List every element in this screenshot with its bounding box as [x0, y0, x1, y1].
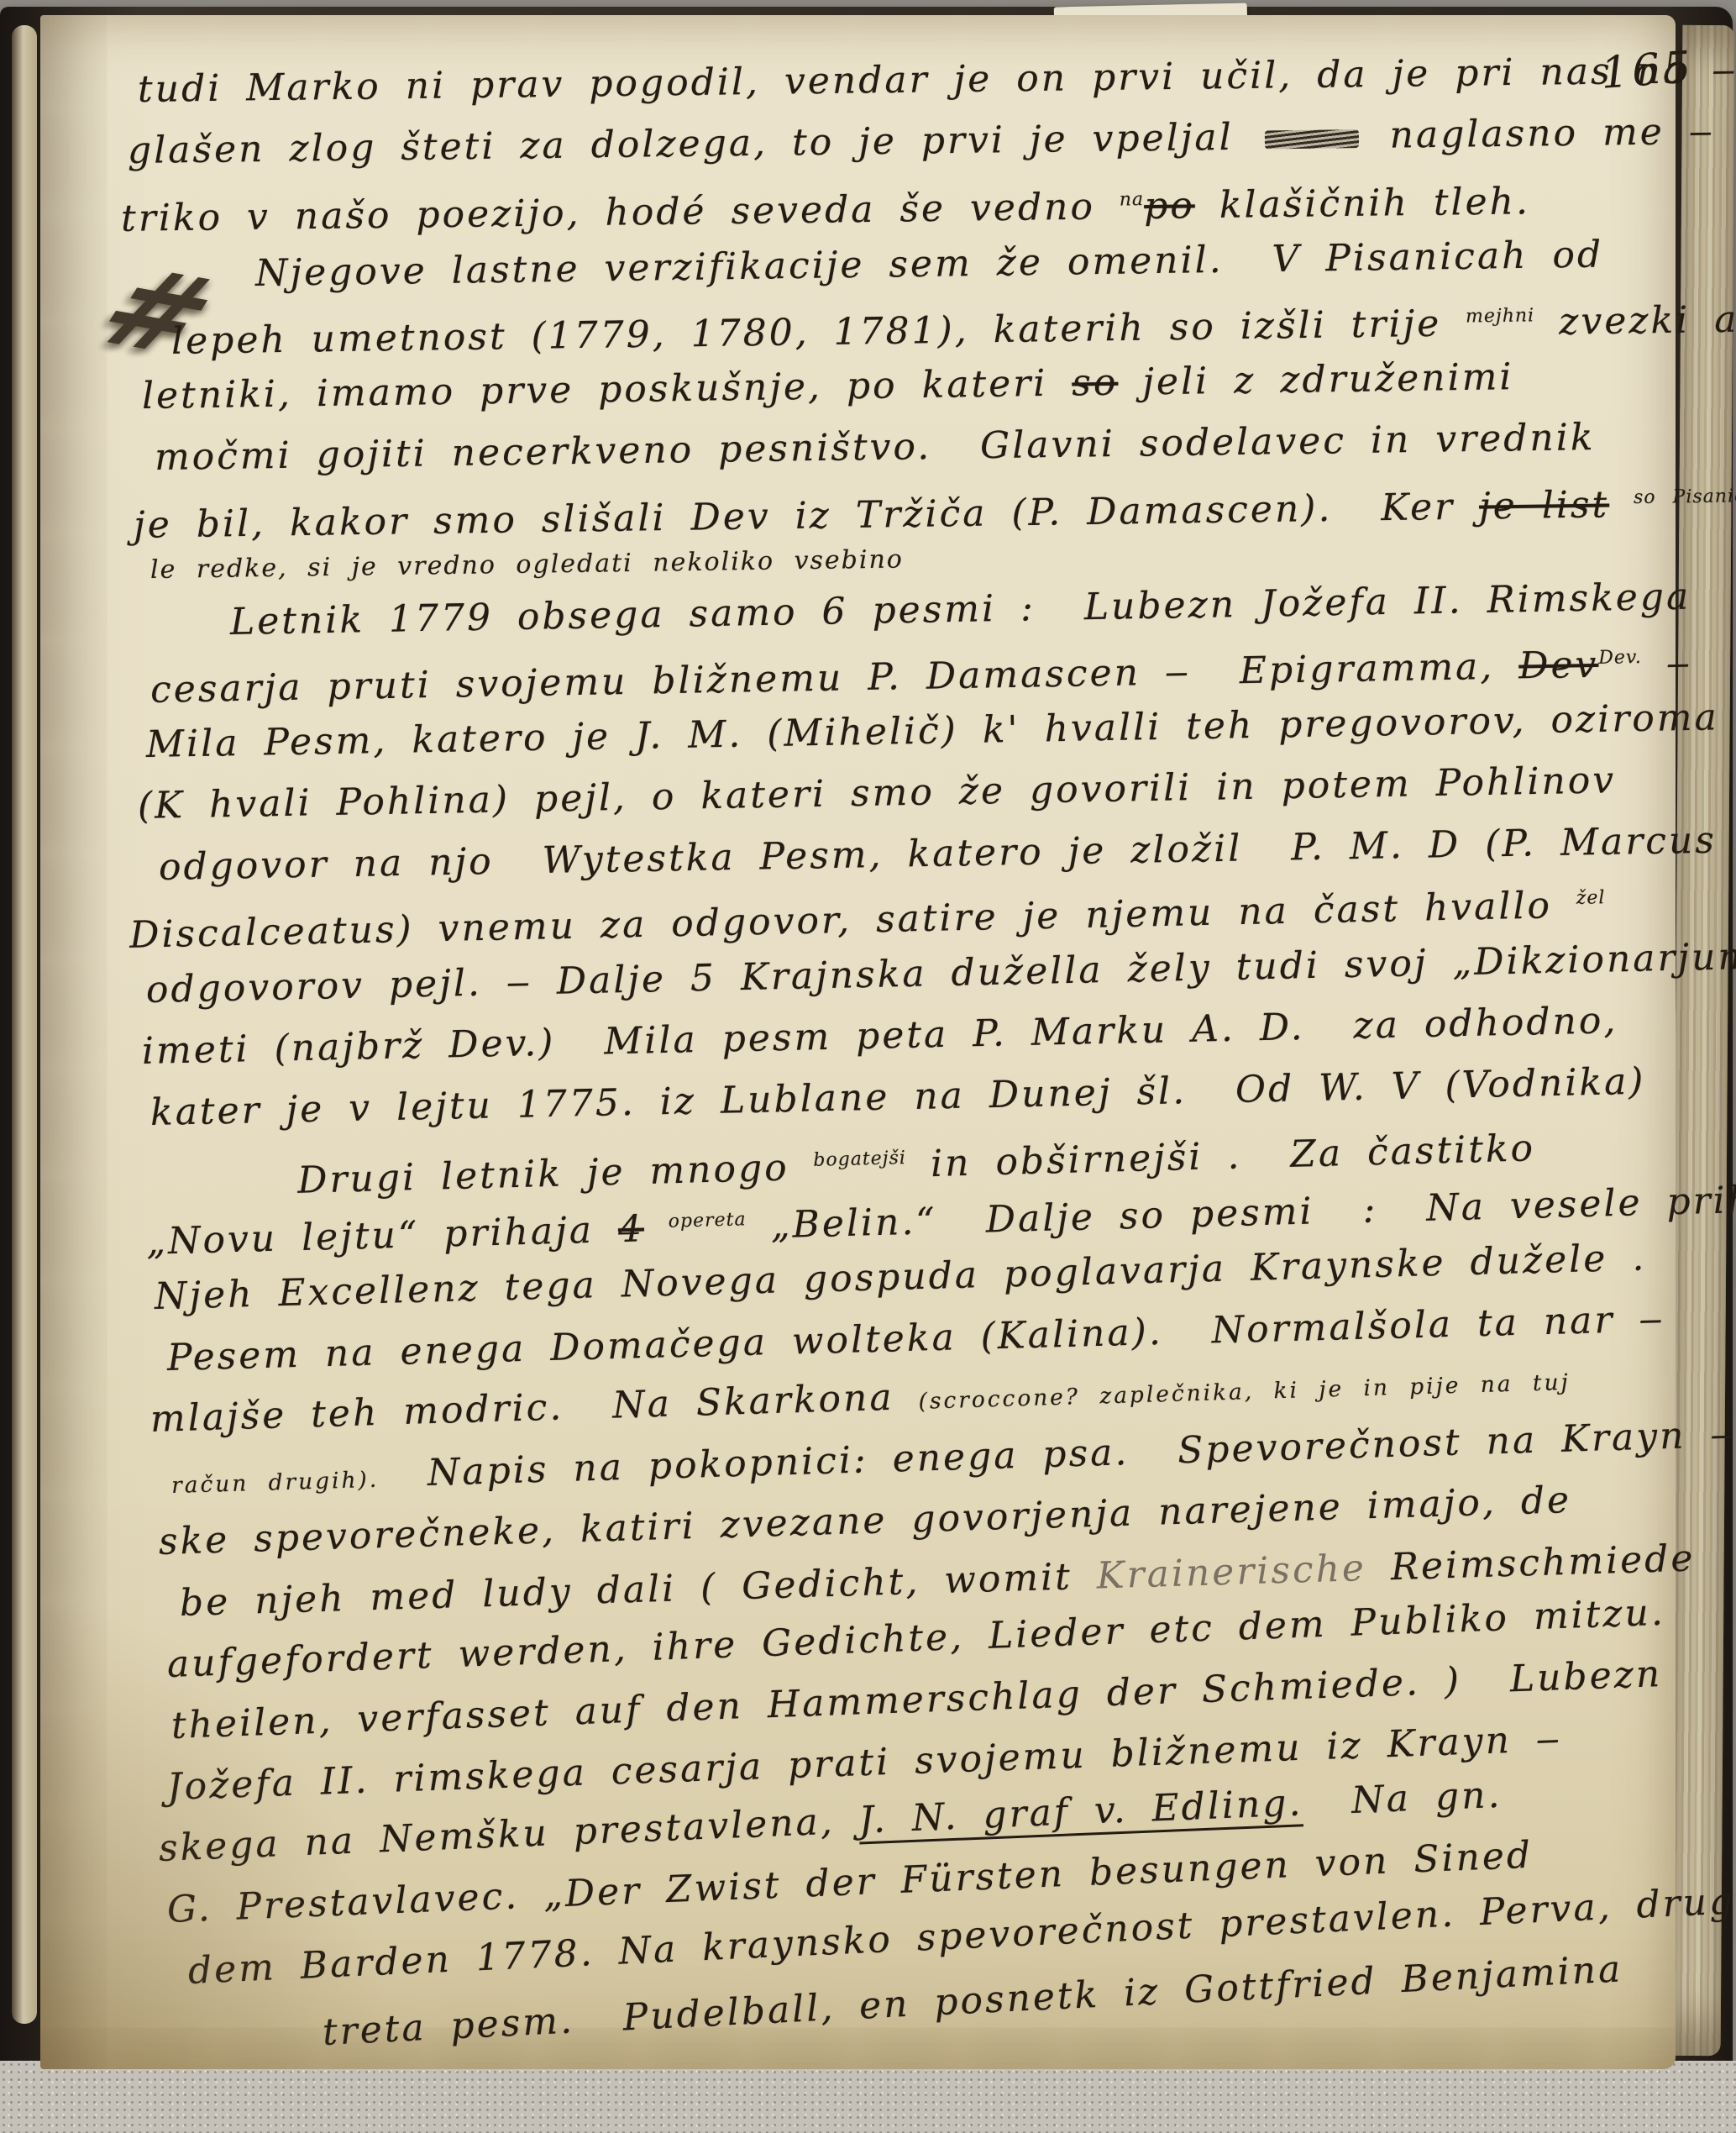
text-segment: le redke, si je vredno ogledati nekoliko… — [150, 544, 904, 585]
text-segment: žel — [1576, 887, 1606, 909]
text-segment: tudi Marko ni prav pogodil, vendar je on… — [138, 49, 1736, 111]
text-segment: Dev. — [1598, 647, 1642, 669]
text-segment: Dev — [1518, 644, 1599, 688]
text-segment: Njegove lastne verzifikacije sem že omen… — [255, 234, 1604, 295]
text-segment: (scroccone? zaplečnika, ki je in pije na… — [918, 1369, 1571, 1415]
text-segment — [643, 1207, 669, 1251]
left-page-edge — [12, 25, 37, 2024]
text-segment: so — [1072, 361, 1119, 405]
text-segment — [1609, 483, 1634, 526]
text-segment: Krainerische — [1096, 1547, 1367, 1598]
illegible-strikethrough — [1265, 129, 1359, 149]
text-segment: 4 — [617, 1207, 644, 1251]
manuscript-page: 165 # tudi Marko ni prav pogodil, vendar… — [40, 15, 1676, 2069]
text-segment: letniki, imamo prve poskušnje, po kateri — [142, 362, 1073, 418]
text-segment: jeli z združenimi — [1118, 355, 1514, 404]
text-segment: Na gn. — [1302, 1773, 1503, 1824]
text-segment: je list — [1479, 483, 1610, 528]
text-segment: glašen zlog šteti za dolzega, to je prvi… — [128, 116, 1258, 172]
manuscript-text: tudi Marko ni prav pogodil, vendar je on… — [121, 59, 1650, 2063]
text-segment: bogatejši — [813, 1148, 906, 1171]
text-segment: klašičnih tleh. — [1195, 180, 1531, 227]
text-segment: na — [1120, 189, 1145, 210]
text-segment: mejhni — [1466, 305, 1534, 327]
text-segment: J. N. graf v. Edling. — [858, 1781, 1304, 1844]
text-segment: močmi gojiti necerkveno pesništvo. Glavn… — [155, 416, 1596, 479]
text-segment: račun drugih). — [171, 1467, 380, 1499]
text-segment: po — [1144, 184, 1195, 228]
text-segment: so Pisanice — [1634, 486, 1736, 508]
text-segment: triko v našo poezijo, hodé seveda še ved… — [121, 185, 1120, 240]
text-segment: ‒ — [1641, 642, 1692, 686]
carpet-background — [0, 2061, 1736, 2133]
text-segment: opereta — [668, 1209, 746, 1232]
text-segment: zvezki ali — [1534, 297, 1736, 344]
text-segment: naglasno me ‒ — [1365, 110, 1715, 157]
